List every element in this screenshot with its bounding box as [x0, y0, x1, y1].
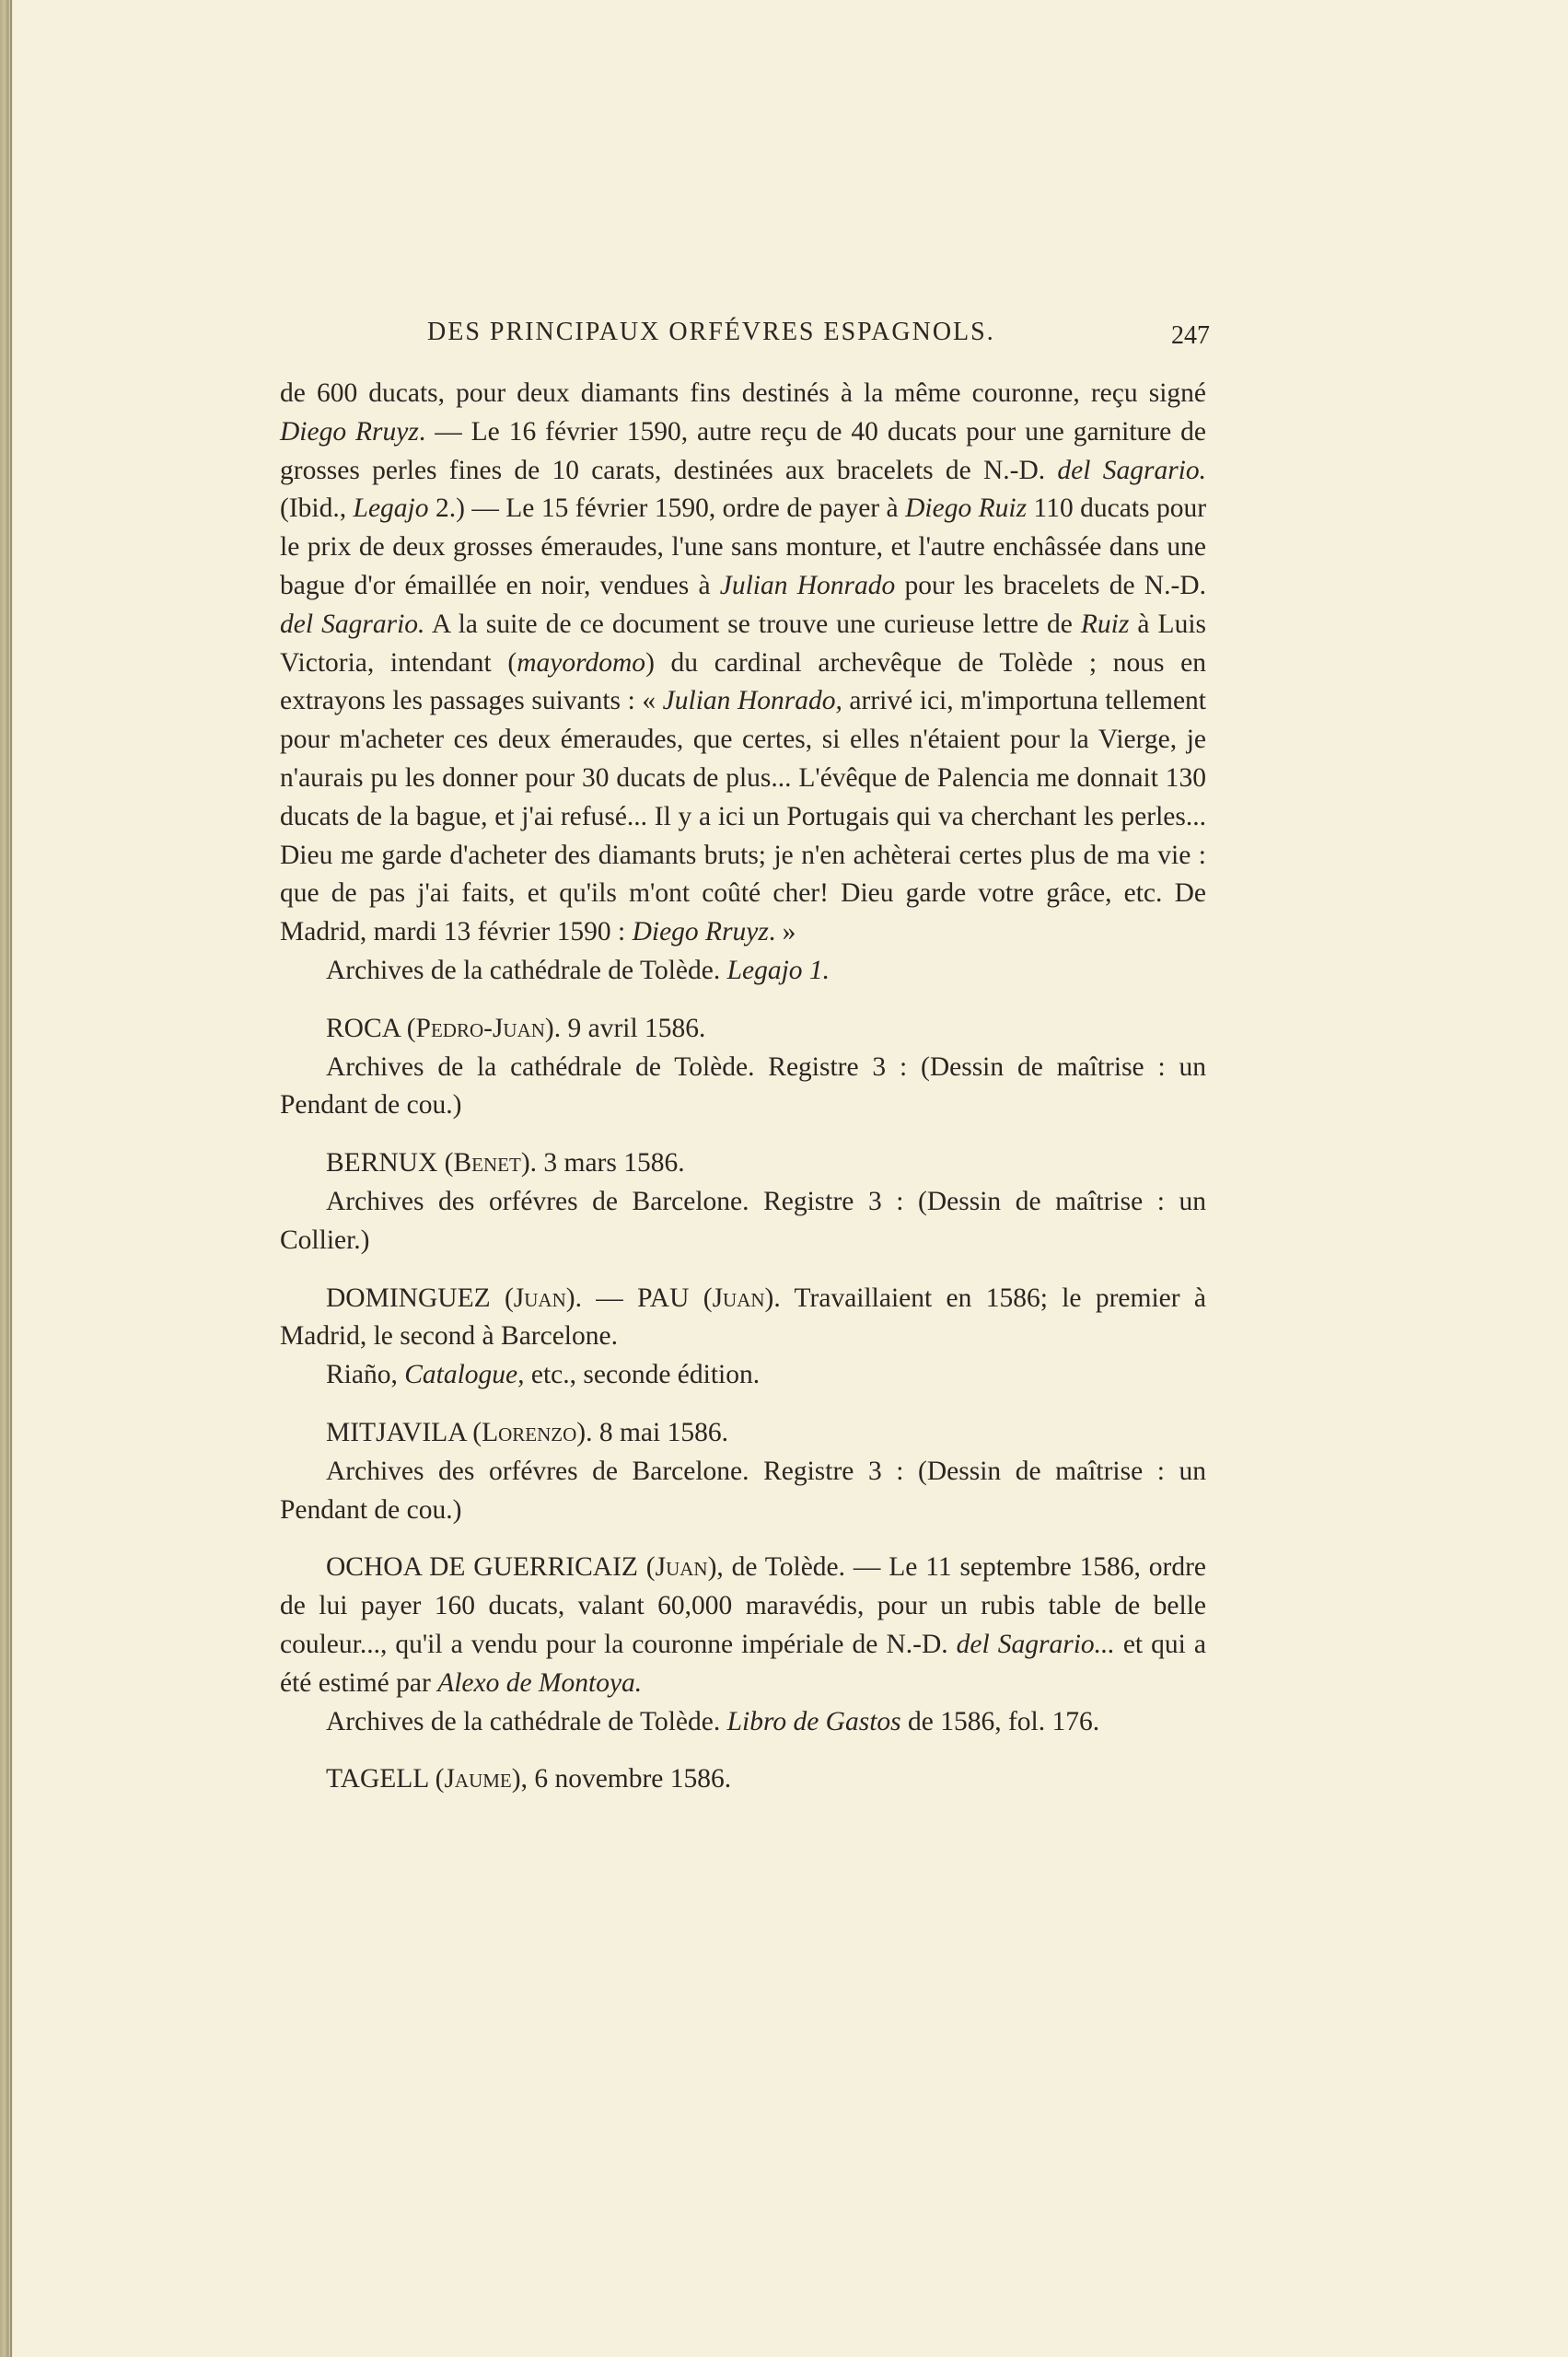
smallcaps-text: Lorenzo — [482, 1418, 576, 1447]
text-segment: . » — [769, 917, 796, 946]
text-segment: A la suite de ce document se trouve une … — [424, 610, 1080, 639]
paragraph-roca-head: ROCA (Pedro-Juan). 9 avril 1586. — [280, 1010, 1206, 1049]
text-segment: Archives des orfévres de Barcelone. Regi… — [280, 1457, 1206, 1525]
text-segment: ). 8 mai 1586. — [576, 1418, 728, 1447]
smallcaps-text: Juan — [514, 1283, 566, 1313]
paragraph-ochoa-source: Archives de la cathédrale de Tolède. Lib… — [280, 1703, 1206, 1742]
text-segment: TAGELL ( — [326, 1764, 444, 1794]
page-number: 247 — [1171, 321, 1210, 351]
italic-text: Legajo — [354, 493, 429, 523]
text-segment: Archives de la cathédrale de Tolède. — [326, 1707, 727, 1736]
italic-text: Diego Rruyz — [633, 917, 769, 946]
italic-text: Alexo de Montoya. — [437, 1668, 642, 1698]
smallcaps-text: Pedro-Juan — [416, 1014, 545, 1043]
text-segment: ), 6 novembre 1586. — [512, 1764, 731, 1794]
text-segment: de 1586, fol. 176. — [901, 1707, 1100, 1736]
italic-text: Julian Honrado, — [663, 686, 842, 715]
paragraph-mitjavila-source: Archives des orfévres de Barcelone. Regi… — [280, 1453, 1206, 1530]
paragraph-ochoa-head: OCHOA DE GUERRICAIZ (Juan), de Tolède. —… — [280, 1549, 1206, 1702]
paragraph-roca-source: Archives de la cathédrale de Tolède. Reg… — [280, 1049, 1206, 1126]
text-segment: pour les bracelets de N.-D. — [895, 571, 1206, 600]
text-segment: ROCA ( — [326, 1014, 416, 1043]
smallcaps-text: Jaume — [444, 1764, 511, 1794]
body-text: de 600 ducats, pour deux diamants fins d… — [280, 375, 1206, 1799]
text-segment: Archives de la cathédrale de Tolède. Reg… — [280, 1052, 1206, 1120]
text-segment: de 600 ducats, pour deux diamants fins d… — [280, 378, 1206, 408]
text-segment: arrivé ici, m'importuna tellement pour m… — [280, 686, 1206, 946]
italic-text: Libro de Gastos — [727, 1707, 901, 1736]
book-page: DES PRINCIPAUX ORFÉVRES ESPAGNOLS. 247 d… — [280, 318, 1206, 1799]
running-head-title: DES PRINCIPAUX ORFÉVRES ESPAGNOLS. — [427, 318, 995, 347]
italic-text: del Sagrario... — [957, 1630, 1115, 1659]
italic-text: Legajo 1. — [727, 956, 830, 985]
italic-text: Diego Rruyz — [280, 417, 419, 447]
text-segment: ). 3 mars 1586. — [521, 1148, 685, 1178]
smallcaps-text: Benet — [453, 1148, 520, 1178]
italic-text: del Sagrario. — [1057, 456, 1206, 485]
paragraph-tagell-head: TAGELL (Jaume), 6 novembre 1586. — [280, 1760, 1206, 1799]
running-head: DES PRINCIPAUX ORFÉVRES ESPAGNOLS. 247 — [280, 318, 1206, 358]
text-segment: MITJAVILA ( — [326, 1418, 482, 1447]
italic-text: del Sagrario. — [280, 610, 424, 639]
text-segment: BERNUX ( — [326, 1148, 453, 1178]
paragraph-p1: de 600 ducats, pour deux diamants fins d… — [280, 375, 1206, 952]
binding-line — [10, 0, 12, 2357]
italic-text: Catalogue, — [404, 1360, 524, 1389]
text-segment: etc., seconde édition. — [525, 1360, 761, 1389]
paragraph-bernux-head: BERNUX (Benet). 3 mars 1586. — [280, 1144, 1206, 1183]
paragraph-dominguez-source: Riaño, Catalogue, etc., seconde édition. — [280, 1356, 1206, 1395]
paragraph-bernux-source: Archives des orfévres de Barcelone. Regi… — [280, 1183, 1206, 1260]
paragraph-mitjavila-head: MITJAVILA (Lorenzo). 8 mai 1586. — [280, 1414, 1206, 1453]
italic-text: Julian Honrado — [720, 571, 895, 600]
italic-text: Diego Ruiz — [905, 493, 1027, 523]
text-segment: Archives de la cathédrale de Tolède. — [326, 956, 727, 985]
text-segment: DOMINGUEZ ( — [326, 1283, 514, 1313]
text-segment: Archives des orfévres de Barcelone. Regi… — [280, 1187, 1206, 1255]
italic-text: Ruiz — [1081, 610, 1129, 639]
italic-text: mayordomo — [517, 648, 645, 678]
paragraph-dominguez-head: DOMINGUEZ (Juan). — PAU (Juan). Travaill… — [280, 1280, 1206, 1357]
text-segment: Riaño, — [326, 1360, 404, 1389]
text-segment: ). 9 avril 1586. — [545, 1014, 706, 1043]
text-segment: (Ibid., — [280, 493, 354, 523]
smallcaps-text: Juan — [656, 1552, 708, 1582]
text-segment: 2.) — Le 15 février 1590, ordre de payer… — [429, 493, 906, 523]
paragraph-p1-source: Archives de la cathédrale de Tolède. Leg… — [280, 952, 1206, 991]
text-segment: ). — PAU ( — [566, 1283, 713, 1313]
text-segment: OCHOA DE GUERRICAIZ ( — [326, 1552, 656, 1582]
smallcaps-text: Juan — [713, 1283, 765, 1313]
